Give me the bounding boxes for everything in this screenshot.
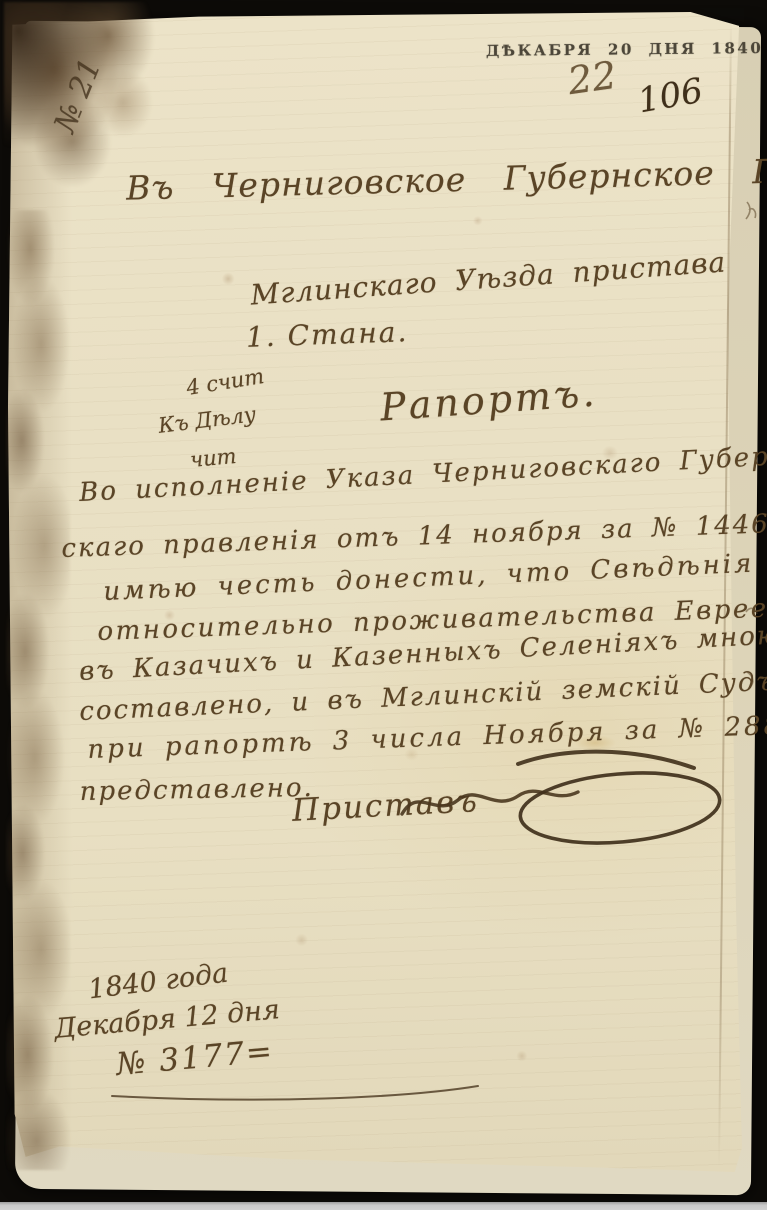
underpage-ink-mark — [744, 598, 760, 622]
sender-line-2: 1. Стана. — [245, 315, 408, 354]
date-received-stamp: ДѢКАБРЯ 20 ДНЯ 1840 ГОДА. — [486, 38, 767, 60]
underpage-ink-mark — [744, 198, 760, 222]
margin-note: чит — [189, 444, 237, 472]
viewer-bottom-strip — [0, 1202, 767, 1210]
flourish-underline — [104, 1080, 484, 1110]
signature-flourish — [398, 742, 728, 862]
archival-scan-viewport: ДѢКАБРЯ 20 ДНЯ 1840 ГОДА. 22 106 № 21 Въ… — [0, 0, 767, 1210]
body-line: представлено. — [79, 773, 314, 807]
docket-number: 22 — [565, 53, 619, 103]
underpage-ink-mark — [744, 666, 760, 690]
